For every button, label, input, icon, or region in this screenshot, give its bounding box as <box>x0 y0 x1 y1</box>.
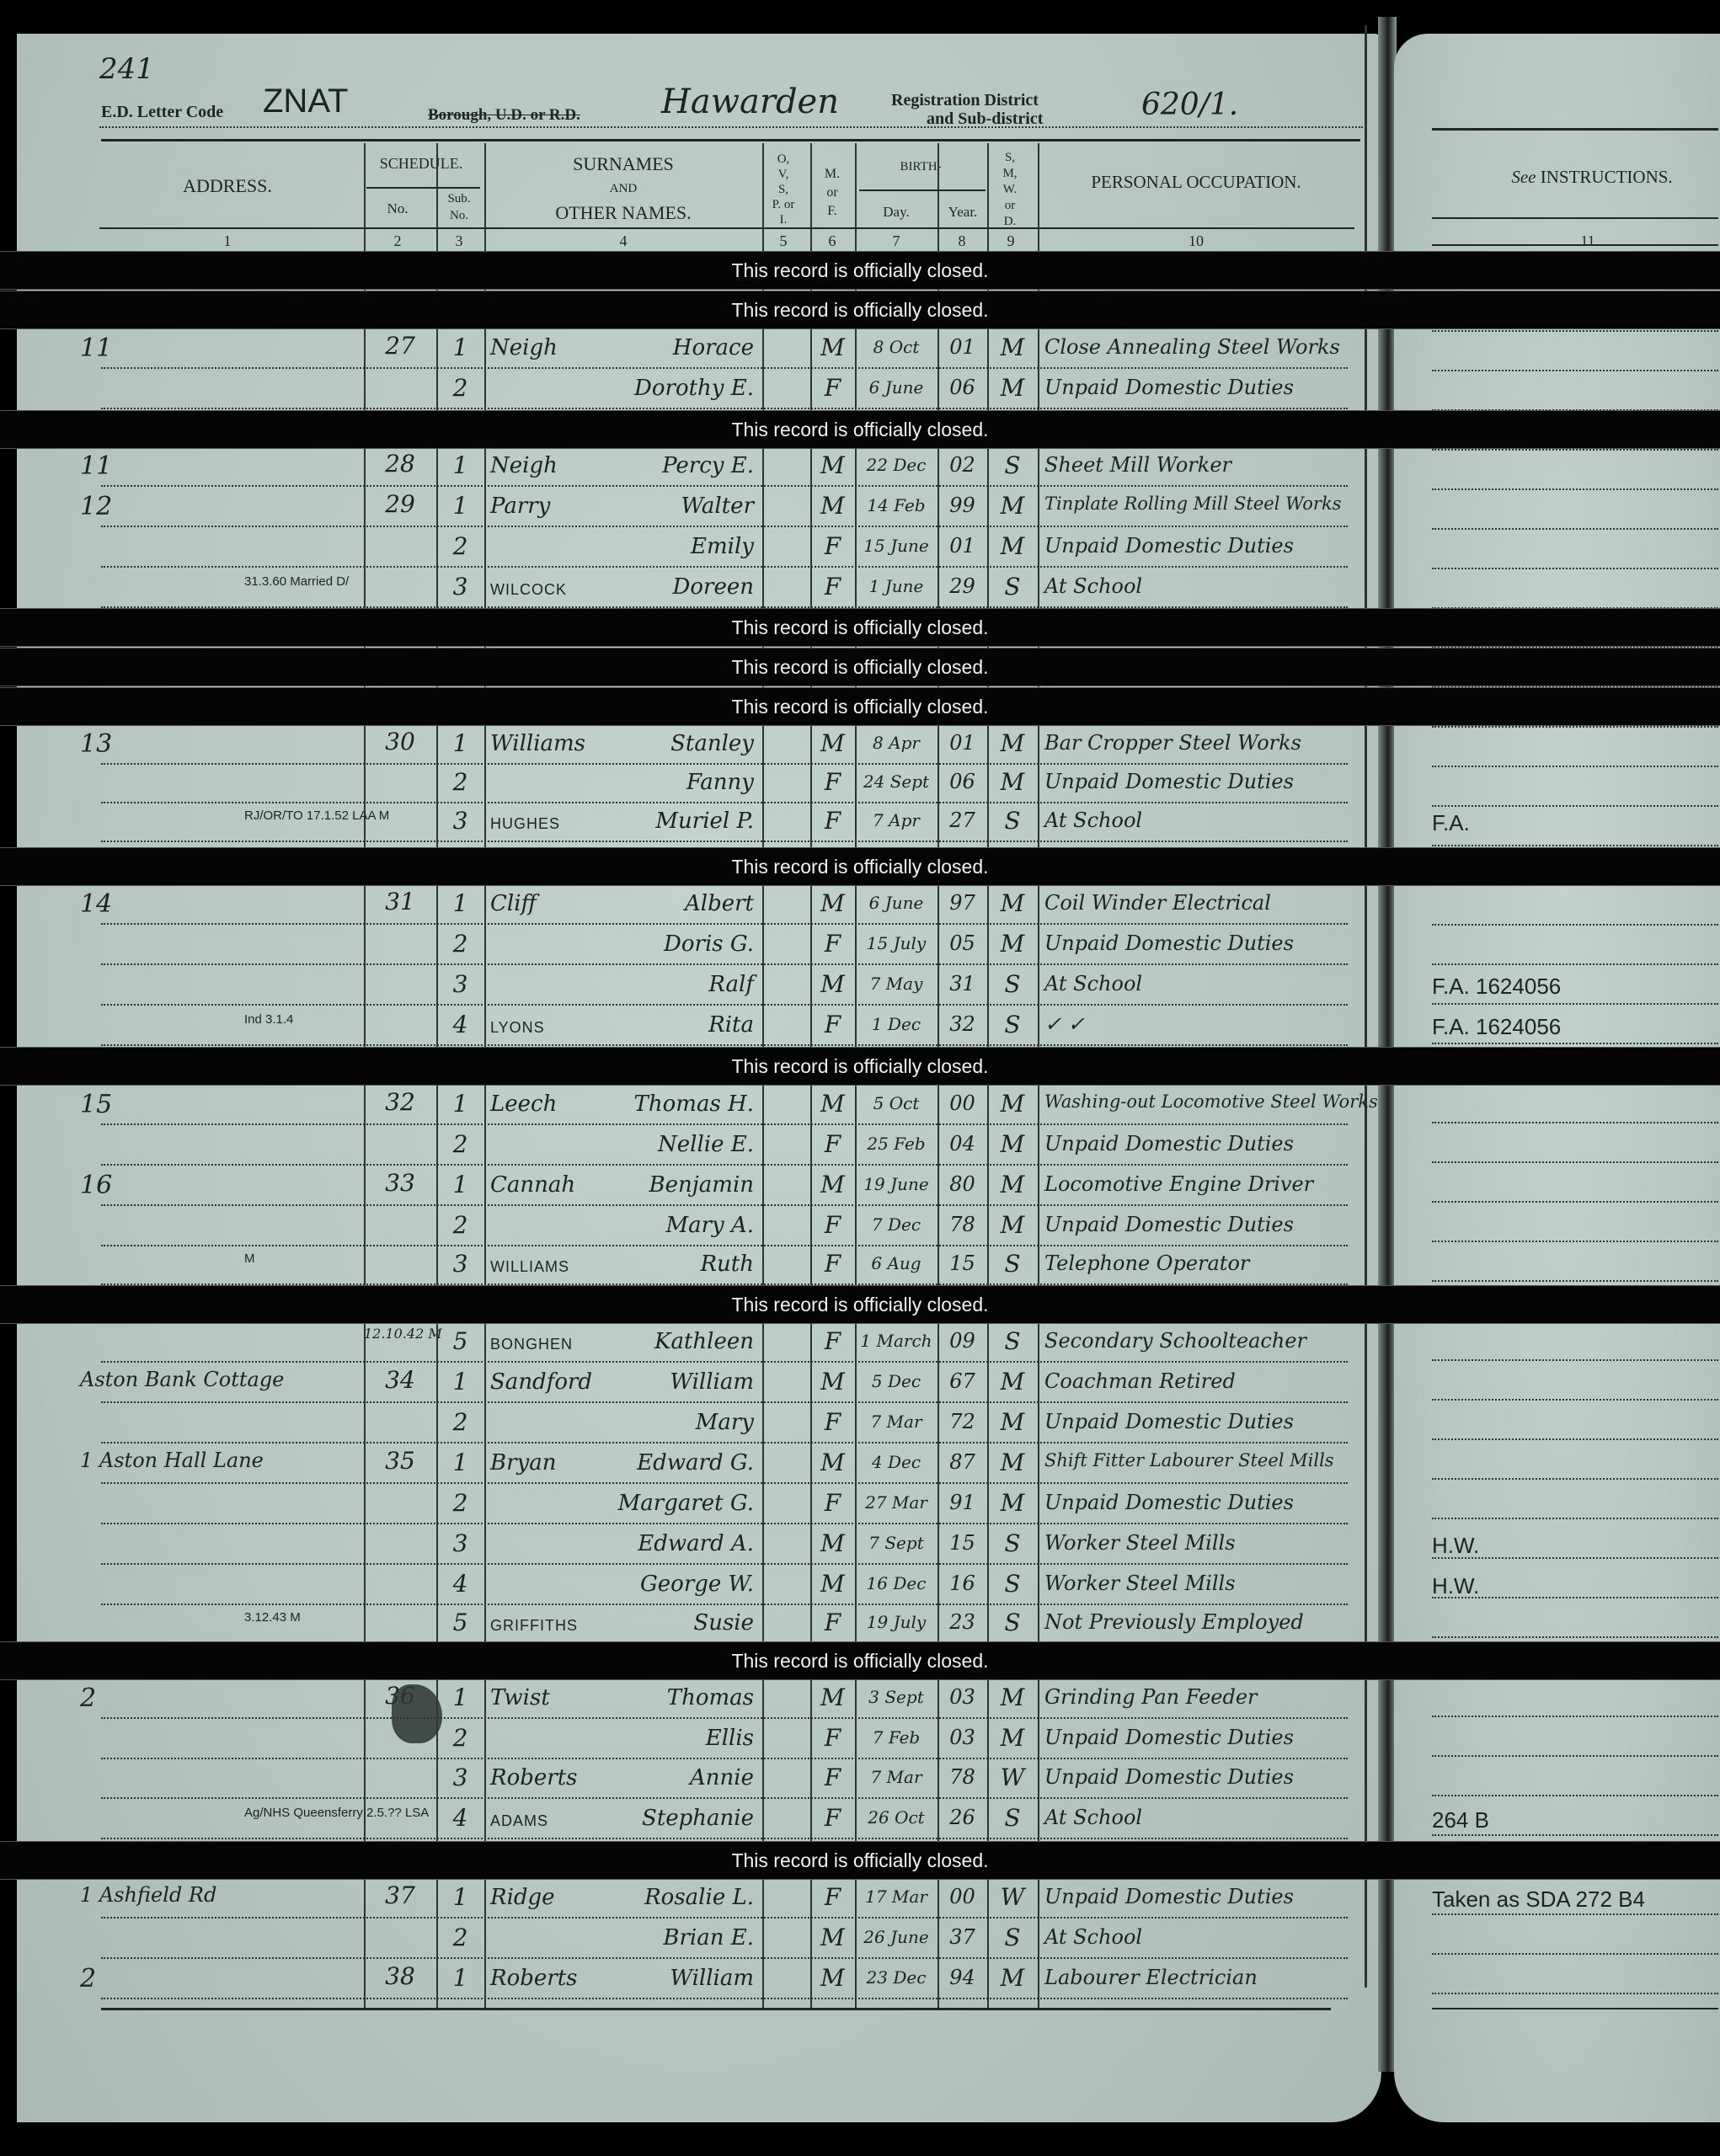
sex-cell: M <box>810 451 855 479</box>
birth-day-cell: 4 Dec <box>855 1452 937 1472</box>
birth-day-cell: 24 Sept <box>855 771 937 792</box>
birth-day-cell: 6 Aug <box>855 1253 937 1273</box>
occupation-cell: Coachman Retired <box>1044 1369 1236 1393</box>
sex-cell: F <box>810 1250 855 1278</box>
sex-cell: F <box>810 374 855 402</box>
given-name-cell: Susie <box>489 1610 754 1636</box>
sex-cell: M <box>810 1368 855 1396</box>
schedule-sub-cell: 1 <box>436 1684 484 1711</box>
birth-year-cell: 27 <box>937 808 987 832</box>
schedule-sub-cell: 5 <box>436 1609 484 1636</box>
address-cell: 12 <box>80 492 112 521</box>
sex-cell: M <box>810 889 855 917</box>
instructions-note: H.W. <box>1432 1533 1479 1559</box>
marital-status-cell: M <box>987 492 1038 520</box>
birth-year-cell: 16 <box>937 1572 987 1595</box>
column-number: 8 <box>945 232 979 250</box>
schedule-sub-cell: 3 <box>436 1250 484 1278</box>
schedule-sub-cell: 5 <box>436 1327 484 1355</box>
schedule-sub-cell: 3 <box>436 1764 484 1791</box>
sex-cell: F <box>810 1130 855 1158</box>
instructions-note: 264 B <box>1432 1807 1489 1833</box>
occupation-cell: At School <box>1044 972 1142 995</box>
marital-status-cell: M <box>987 1408 1038 1436</box>
birth-day-cell: 22 Dec <box>855 455 937 475</box>
schedule-no-cell: 38 <box>364 1962 436 1990</box>
birth-day-cell: 26 Oct <box>855 1807 937 1828</box>
sex-cell: M <box>810 970 855 998</box>
birth-year-cell: 31 <box>937 972 987 995</box>
sex-cell: M <box>810 1090 855 1118</box>
birth-year-cell: 15 <box>937 1531 987 1555</box>
birth-day-cell: 23 Dec <box>855 1967 937 1988</box>
closed-record-bar: This record is officially closed. <box>0 1285 1720 1324</box>
closed-record-bar: This record is officially closed. <box>0 1641 1720 1680</box>
borough-value: Hawarden <box>661 83 839 121</box>
given-name-cell: Doreen <box>489 574 754 600</box>
col-schedule-header: SCHEDULE. <box>362 155 480 173</box>
marital-status-cell: M <box>987 729 1038 757</box>
closed-record-bar: This record is officially closed. <box>0 687 1720 726</box>
occupation-cell: Worker Steel Mills <box>1044 1531 1236 1555</box>
column-number: 1 <box>211 232 244 250</box>
birth-year-cell: 03 <box>937 1685 987 1709</box>
schedule-no-cell: 32 <box>364 1088 436 1116</box>
ed-letter-code-label: E.D. Letter Code <box>101 103 223 122</box>
marital-status-cell: S <box>987 1529 1038 1557</box>
marital-status-cell: M <box>987 768 1038 796</box>
marital-status-cell: M <box>987 1090 1038 1118</box>
sex-cell: F <box>810 1327 855 1355</box>
col-birth-year: Year. <box>940 204 986 221</box>
col-sex-header: M.orF. <box>812 165 852 221</box>
birth-year-cell: 02 <box>937 453 987 477</box>
sex-cell: F <box>810 1609 855 1636</box>
col-schedule-no: No. <box>364 200 431 217</box>
birth-day-cell: 1 Dec <box>855 1014 937 1034</box>
schedule-sub-cell: 2 <box>436 1724 484 1752</box>
birth-day-cell: 8 Oct <box>855 337 937 357</box>
given-name-cell: Mary A. <box>489 1213 754 1238</box>
birth-day-cell: 14 Feb <box>855 495 937 515</box>
schedule-no-cell: 12.10.42 M <box>364 1326 436 1342</box>
given-name-cell: Percy E. <box>489 453 754 478</box>
sex-cell: M <box>810 1529 855 1557</box>
sex-cell: M <box>810 1570 855 1598</box>
schedule-sub-cell: 4 <box>436 1011 484 1038</box>
birth-year-cell: 37 <box>937 1925 987 1949</box>
given-name-cell: Walter <box>489 494 754 519</box>
birth-year-cell: 32 <box>937 1012 987 1036</box>
schedule-sub-cell: 3 <box>436 573 484 600</box>
marital-status-cell: M <box>987 930 1038 958</box>
birth-year-cell: 03 <box>937 1726 987 1749</box>
birth-year-cell: 04 <box>937 1132 987 1155</box>
schedule-sub-cell: 2 <box>436 1924 484 1951</box>
birth-year-cell: 94 <box>937 1966 987 1989</box>
marital-status-cell: M <box>987 1964 1038 1992</box>
instructions-note: F.A. 1624056 <box>1432 974 1561 1000</box>
sex-cell: F <box>810 930 855 958</box>
address-cell: 15 <box>80 1090 112 1119</box>
given-name-cell: Ruth <box>489 1251 754 1277</box>
given-name-cell: Ralf <box>489 972 754 997</box>
closed-record-bar: This record is officially closed. <box>0 410 1720 449</box>
occupation-cell: Close Annealing Steel Works <box>1044 335 1340 359</box>
closed-record-bar: This record is officially closed. <box>0 1047 1720 1086</box>
birth-day-cell: 27 Mar <box>855 1492 937 1513</box>
column-number: 11 <box>1571 232 1605 250</box>
col-occupation-header: PERSONAL OCCUPATION. <box>1044 172 1348 193</box>
closed-record-bar: This record is officially closed. <box>0 1841 1720 1880</box>
marital-status-cell: S <box>987 970 1038 998</box>
given-name-cell: Stephanie <box>489 1806 754 1831</box>
occupation-cell: Washing-out Locomotive Steel Works <box>1044 1091 1378 1112</box>
birth-day-cell: 25 Feb <box>855 1134 937 1154</box>
column-number: 6 <box>815 232 849 250</box>
birth-year-cell: 05 <box>937 931 987 955</box>
birth-day-cell: 8 Apr <box>855 733 937 753</box>
birth-day-cell: 5 Oct <box>855 1093 937 1113</box>
given-name-cell: Horace <box>489 335 754 360</box>
sex-cell: F <box>810 1011 855 1038</box>
birth-year-cell: 26 <box>937 1806 987 1829</box>
birth-year-cell: 00 <box>937 1885 987 1908</box>
occupation-cell: Unpaid Domestic Duties <box>1044 1491 1294 1514</box>
given-name-cell: Kathleen <box>489 1329 754 1354</box>
schedule-sub-cell: 3 <box>436 970 484 998</box>
col-birth-day: Day. <box>857 204 935 221</box>
instructions-see: See <box>1511 167 1536 187</box>
schedule-sub-cell: 1 <box>436 1090 484 1118</box>
birth-year-cell: 29 <box>937 574 987 598</box>
given-name-cell: Stanley <box>489 731 754 756</box>
given-name-cell: Rosalie L. <box>489 1885 754 1910</box>
occupation-cell: Shift Fitter Labourer Steel Mills <box>1044 1450 1334 1470</box>
column-number: 10 <box>1179 232 1213 250</box>
occupation-cell: Unpaid Domestic Duties <box>1044 931 1294 955</box>
birth-day-cell: 7 Mar <box>855 1767 937 1787</box>
marital-status-cell: S <box>987 1250 1038 1278</box>
occupation-cell: Unpaid Domestic Duties <box>1044 1213 1294 1236</box>
sex-cell: F <box>810 1724 855 1752</box>
closed-record-bar: This record is officially closed. <box>0 847 1720 886</box>
given-name-cell: George W. <box>489 1572 754 1597</box>
schedule-sub-cell: 1 <box>436 451 484 479</box>
sex-cell: F <box>810 807 855 835</box>
given-name-cell: William <box>489 1966 754 1991</box>
given-name-cell: Benjamin <box>489 1172 754 1198</box>
marital-status-cell: M <box>987 1130 1038 1158</box>
occupation-cell: Unpaid Domestic Duties <box>1044 770 1294 793</box>
given-name-cell: Emily <box>489 534 754 559</box>
registration-district: 620/1. <box>1141 88 1238 122</box>
page-number: 241 <box>99 52 154 86</box>
col-ovspi-header: O,V,S,P. orI. <box>762 152 804 227</box>
closed-record-bar: This record is officially closed. <box>0 251 1720 290</box>
address-cell: 14 <box>80 889 112 919</box>
marital-status-cell: M <box>987 889 1038 917</box>
instructions-note: F.A. 1624056 <box>1432 1014 1561 1040</box>
schedule-sub-cell: 4 <box>436 1570 484 1598</box>
instructions-note: Taken as SDA 272 B4 <box>1432 1886 1645 1913</box>
occupation-cell: Unpaid Domestic Duties <box>1044 1410 1294 1433</box>
occupation-cell: At School <box>1044 808 1142 832</box>
birth-day-cell: 19 June <box>855 1174 937 1194</box>
occupation-cell: Bar Cropper Steel Works <box>1044 731 1301 755</box>
occupation-cell: ✓ ✓ <box>1044 1012 1085 1036</box>
birth-day-cell: 1 June <box>855 576 937 596</box>
marital-status-cell: M <box>987 374 1038 402</box>
address-cell: 1 Aston Hall Lane <box>80 1449 264 1472</box>
given-name-cell: Margaret G. <box>489 1491 754 1516</box>
birth-day-cell: 17 Mar <box>855 1886 937 1907</box>
schedule-sub-cell: 2 <box>436 1408 484 1436</box>
occupation-cell: Tinplate Rolling Mill Steel Works <box>1044 494 1341 514</box>
occupation-cell: Worker Steel Mills <box>1044 1572 1236 1595</box>
marital-status-cell: S <box>987 1804 1038 1832</box>
marital-status-cell: S <box>987 1327 1038 1355</box>
borough-label: Borough, U.D. or R.D. <box>428 106 580 125</box>
schedule-no-cell: 34 <box>364 1366 436 1394</box>
sex-cell: M <box>810 492 855 520</box>
marital-status-cell: S <box>987 1924 1038 1951</box>
given-name-cell: Edward A. <box>489 1531 754 1556</box>
birth-year-cell: 23 <box>937 1610 987 1634</box>
occupation-cell: Unpaid Domestic Duties <box>1044 376 1294 399</box>
occupation-cell: Grinding Pan Feeder <box>1044 1685 1258 1709</box>
sex-cell: M <box>810 1449 855 1476</box>
given-name-cell: Edward G. <box>489 1450 754 1476</box>
column-number: 4 <box>606 232 640 250</box>
col-names-1: SURNAMES <box>489 153 758 175</box>
schedule-no-cell: 35 <box>364 1447 436 1475</box>
schedule-no-cell: 28 <box>364 450 436 478</box>
schedule-sub-cell: 2 <box>436 532 484 560</box>
address-cell: 1 Ashfield Rd <box>80 1883 216 1907</box>
birth-day-cell: 26 June <box>855 1927 937 1947</box>
column-number: 3 <box>442 232 476 250</box>
occupation-cell: Unpaid Domestic Duties <box>1044 1726 1294 1749</box>
address-cell: 13 <box>80 729 112 759</box>
sex-cell: M <box>810 1684 855 1711</box>
birth-day-cell: 15 June <box>855 536 937 556</box>
schedule-no-cell: 37 <box>364 1881 436 1909</box>
birth-year-cell: 00 <box>937 1091 987 1115</box>
birth-year-cell: 72 <box>937 1410 987 1433</box>
given-name-cell: Mary <box>489 1410 754 1435</box>
schedule-sub-cell: 1 <box>436 1883 484 1911</box>
col-names-3: OTHER NAMES. <box>489 202 758 224</box>
instructions-note: H.W. <box>1432 1573 1479 1599</box>
schedule-sub-cell: 2 <box>436 1489 484 1517</box>
schedule-no-cell: 30 <box>364 728 436 755</box>
marital-status-cell: W <box>987 1883 1038 1911</box>
column-number: 2 <box>381 232 414 250</box>
address-cell: 11 <box>80 334 112 363</box>
birth-year-cell: 97 <box>937 891 987 915</box>
birth-day-cell: 7 Mar <box>855 1412 937 1432</box>
birth-day-cell: 6 June <box>855 377 937 398</box>
birth-year-cell: 80 <box>937 1172 987 1196</box>
given-name-cell: Thomas <box>489 1685 754 1710</box>
margin-note: Ag/NHS Queensferry 2.5.?? LSA <box>244 1806 429 1820</box>
schedule-sub-cell: 2 <box>436 768 484 796</box>
marital-status-cell: M <box>987 532 1038 560</box>
schedule-sub-cell: 1 <box>436 1368 484 1396</box>
marital-status-cell: M <box>987 1211 1038 1239</box>
occupation-cell: Secondary Schoolteacher <box>1044 1329 1306 1353</box>
margin-note: M <box>244 1251 255 1266</box>
ed-letter-code: ZNAT <box>263 83 348 120</box>
birth-day-cell: 1 March <box>855 1331 937 1351</box>
schedule-sub-cell: 2 <box>436 930 484 958</box>
margin-note: Ind 3.1.4 <box>244 1012 293 1027</box>
schedule-sub-cell: 1 <box>436 1449 484 1476</box>
birth-year-cell: 78 <box>937 1213 987 1236</box>
col-schedule-sub-1: Sub. <box>438 192 480 206</box>
birth-year-cell: 06 <box>937 376 987 399</box>
schedule-sub-cell: 1 <box>436 729 484 757</box>
sex-cell: F <box>810 1764 855 1791</box>
marital-status-cell: S <box>987 573 1038 600</box>
birth-year-cell: 91 <box>937 1491 987 1514</box>
marital-status-cell: M <box>987 1171 1038 1198</box>
schedule-sub-cell: 2 <box>436 1211 484 1239</box>
column-number: 7 <box>879 232 913 250</box>
schedule-no-cell: 33 <box>364 1169 436 1197</box>
schedule-sub-cell: 3 <box>436 1529 484 1557</box>
sex-cell: M <box>810 1171 855 1198</box>
margin-note: RJ/OR/TO 17.1.52 LAA M <box>244 808 389 823</box>
address-cell: 2 <box>80 1964 96 1993</box>
sex-cell: F <box>810 768 855 796</box>
birth-year-cell: 01 <box>937 731 987 755</box>
column-number: 9 <box>994 232 1028 250</box>
birth-day-cell: 7 May <box>855 974 937 994</box>
instructions-note: F.A. <box>1432 810 1470 836</box>
margin-note: 3.12.43 M <box>244 1610 301 1625</box>
schedule-sub-cell: 1 <box>436 889 484 917</box>
given-name-cell: Albert <box>489 891 754 916</box>
address-cell: 16 <box>80 1171 112 1200</box>
occupation-cell: Locomotive Engine Driver <box>1044 1172 1313 1196</box>
schedule-sub-cell: 3 <box>436 807 484 835</box>
given-name-cell: Muriel P. <box>489 808 754 834</box>
given-name-cell: Thomas H. <box>489 1091 754 1117</box>
marital-status-cell: S <box>987 451 1038 479</box>
closed-record-bar: This record is officially closed. <box>0 291 1720 329</box>
marital-status-cell: S <box>987 1570 1038 1598</box>
address-cell: 11 <box>80 451 112 481</box>
marital-status-cell: S <box>987 1609 1038 1636</box>
marital-status-cell: M <box>987 1368 1038 1396</box>
schedule-sub-cell: 1 <box>436 1964 484 1992</box>
birth-day-cell: 3 Sept <box>855 1687 937 1707</box>
instructions-label: INSTRUCTIONS. <box>1541 167 1673 187</box>
occupation-cell: Labourer Electrician <box>1044 1966 1258 1989</box>
marital-status-cell: M <box>987 1724 1038 1752</box>
given-name-cell: Dorothy E. <box>489 376 754 401</box>
sex-cell: F <box>810 532 855 560</box>
birth-year-cell: 15 <box>937 1251 987 1275</box>
birth-year-cell: 01 <box>937 534 987 558</box>
birth-day-cell: 15 July <box>855 933 937 953</box>
birth-year-cell: 99 <box>937 494 987 517</box>
occupation-cell: At School <box>1044 1925 1142 1949</box>
closed-record-bar: This record is officially closed. <box>0 648 1720 686</box>
given-name-cell: Ellis <box>489 1726 754 1751</box>
marital-status-cell: M <box>987 1489 1038 1517</box>
given-name-cell: Rita <box>489 1012 754 1038</box>
birth-year-cell: 87 <box>937 1450 987 1474</box>
col-names-2: AND <box>489 182 758 196</box>
schedule-sub-cell: 1 <box>436 492 484 520</box>
given-name-cell: William <box>489 1369 754 1395</box>
occupation-cell: Telephone Operator <box>1044 1251 1249 1275</box>
birth-day-cell: 6 June <box>855 893 937 913</box>
sex-cell: F <box>810 1408 855 1436</box>
schedule-sub-cell: 1 <box>436 1171 484 1198</box>
birth-year-cell: 67 <box>937 1369 987 1393</box>
given-name-cell: Nellie E. <box>489 1132 754 1157</box>
occupation-cell: Not Previously Employed <box>1044 1610 1304 1634</box>
given-name-cell: Annie <box>489 1765 754 1790</box>
marital-status-cell: S <box>987 1011 1038 1038</box>
birth-day-cell: 7 Dec <box>855 1214 937 1235</box>
margin-note: 31.3.60 Married D/ <box>244 574 349 589</box>
birth-day-cell: 7 Feb <box>855 1727 937 1748</box>
marital-status-cell: M <box>987 1684 1038 1711</box>
occupation-cell: Unpaid Domestic Duties <box>1044 1132 1294 1155</box>
closed-record-bar: This record is officially closed. <box>0 608 1720 647</box>
schedule-sub-cell: 2 <box>436 374 484 402</box>
birth-day-cell: 7 Sept <box>855 1533 937 1553</box>
sex-cell: M <box>810 1964 855 1992</box>
birth-day-cell: 5 Dec <box>855 1371 937 1391</box>
col-marital-header: S,M,W.orD. <box>989 150 1031 230</box>
occupation-cell: Unpaid Domestic Duties <box>1044 534 1294 558</box>
col-instructions-header: See INSTRUCTIONS. <box>1482 167 1701 188</box>
column-number: 5 <box>767 232 800 250</box>
sex-cell: F <box>810 573 855 600</box>
occupation-cell: Unpaid Domestic Duties <box>1044 1885 1294 1908</box>
occupation-cell: At School <box>1044 1806 1142 1829</box>
given-name-cell: Fanny <box>489 770 754 795</box>
schedule-sub-cell: 1 <box>436 334 484 361</box>
occupation-cell: Unpaid Domestic Duties <box>1044 1765 1294 1789</box>
sex-cell: F <box>810 1489 855 1517</box>
schedule-sub-cell: 2 <box>436 1130 484 1158</box>
given-name-cell: Brian E. <box>489 1925 754 1951</box>
sex-cell: M <box>810 1924 855 1951</box>
given-name-cell: Doris G. <box>489 931 754 957</box>
schedule-no-cell: 29 <box>364 490 436 518</box>
col-birth-header: BIRTH- <box>857 160 984 174</box>
sex-cell: M <box>810 334 855 361</box>
sex-cell: F <box>810 1883 855 1911</box>
col-schedule-sub-2: No. <box>438 209 480 223</box>
schedule-no-cell: 27 <box>364 332 436 360</box>
sex-cell: F <box>810 1804 855 1832</box>
birth-day-cell: 7 Apr <box>855 810 937 830</box>
birth-year-cell: 78 <box>937 1765 987 1789</box>
sex-cell: F <box>810 1211 855 1239</box>
sex-cell: M <box>810 729 855 757</box>
marital-status-cell: M <box>987 334 1038 361</box>
occupation-cell: Coil Winder Electrical <box>1044 891 1271 915</box>
birth-year-cell: 01 <box>937 335 987 359</box>
